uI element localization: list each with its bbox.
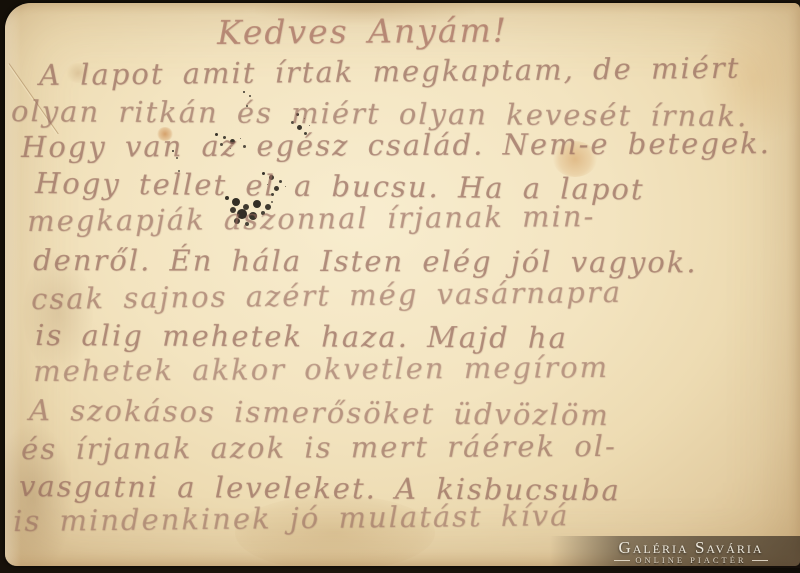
watermark-subtitle-row: ONLINE PIACTÉR: [614, 556, 767, 565]
watermark-title: Galéria Savária: [618, 540, 763, 555]
ink-splatter: [262, 172, 265, 175]
handwriting-line: is alig mehetek haza. Majd ha: [35, 318, 568, 355]
photo-background: Kedves Anyám! A lapot amit írtak megkapt…: [0, 0, 800, 573]
ink-splatter: [172, 150, 174, 152]
rust-stain: [157, 127, 173, 141]
handwriting-line: A lapot amit írtak megkaptam, de miért: [39, 51, 741, 92]
handwriting-line: denről. Én hála Isten elég jól vagyok.: [33, 243, 698, 279]
handwriting-line: is mindenkinek jó mulatást kívá: [13, 498, 570, 538]
paper-stain: [700, 13, 800, 143]
paper-crease: [9, 63, 59, 134]
watermark-dash: [752, 560, 768, 561]
handwriting-line: mehetek akkor okvetlen megírom: [33, 350, 609, 388]
rust-stain: [553, 141, 597, 177]
paper-stain: [23, 253, 93, 373]
ink-splatter: [243, 91, 245, 93]
handwriting-line: vasgatni a leveleket. A kisbucsuba: [19, 469, 621, 507]
handwriting-line: Hogy van az egész család. Nem-e betegek.: [21, 126, 771, 164]
handwriting-heading: Kedves Anyám!: [217, 10, 508, 52]
watermark-dash: [614, 560, 630, 561]
paper-stain: [235, 495, 435, 566]
handwriting-line: A szokásos ismerősöket üdvözlöm: [29, 393, 610, 432]
handwriting-line: olyan ritkán és miért olyan kevesét írna…: [11, 94, 748, 133]
ink-splatter: [215, 133, 218, 136]
ink-splatter: [296, 113, 299, 116]
paper-stain: [255, 3, 475, 25]
handwriting-line: és írjanak azok is mert ráérek ol-: [21, 429, 617, 466]
handwriting-line: megkapják aszonnal írjanak min-: [27, 199, 595, 238]
postcard: Kedves Anyám! A lapot amit írtak megkapt…: [5, 3, 800, 566]
paper-stain: [5, 423, 73, 566]
ink-splatter: [225, 196, 229, 200]
handwriting-line: csak sajnos azért még vasárnapra: [31, 275, 622, 316]
watermark-subtitle: ONLINE PIACTÉR: [635, 556, 746, 565]
paper-stain: [65, 63, 91, 83]
handwriting-line: Hogy tellet el a bucsu. Ha a lapot: [35, 166, 645, 206]
paper-edge-wear: [5, 3, 800, 566]
gallery-watermark: Galéria Savária ONLINE PIACTÉR: [550, 536, 800, 568]
